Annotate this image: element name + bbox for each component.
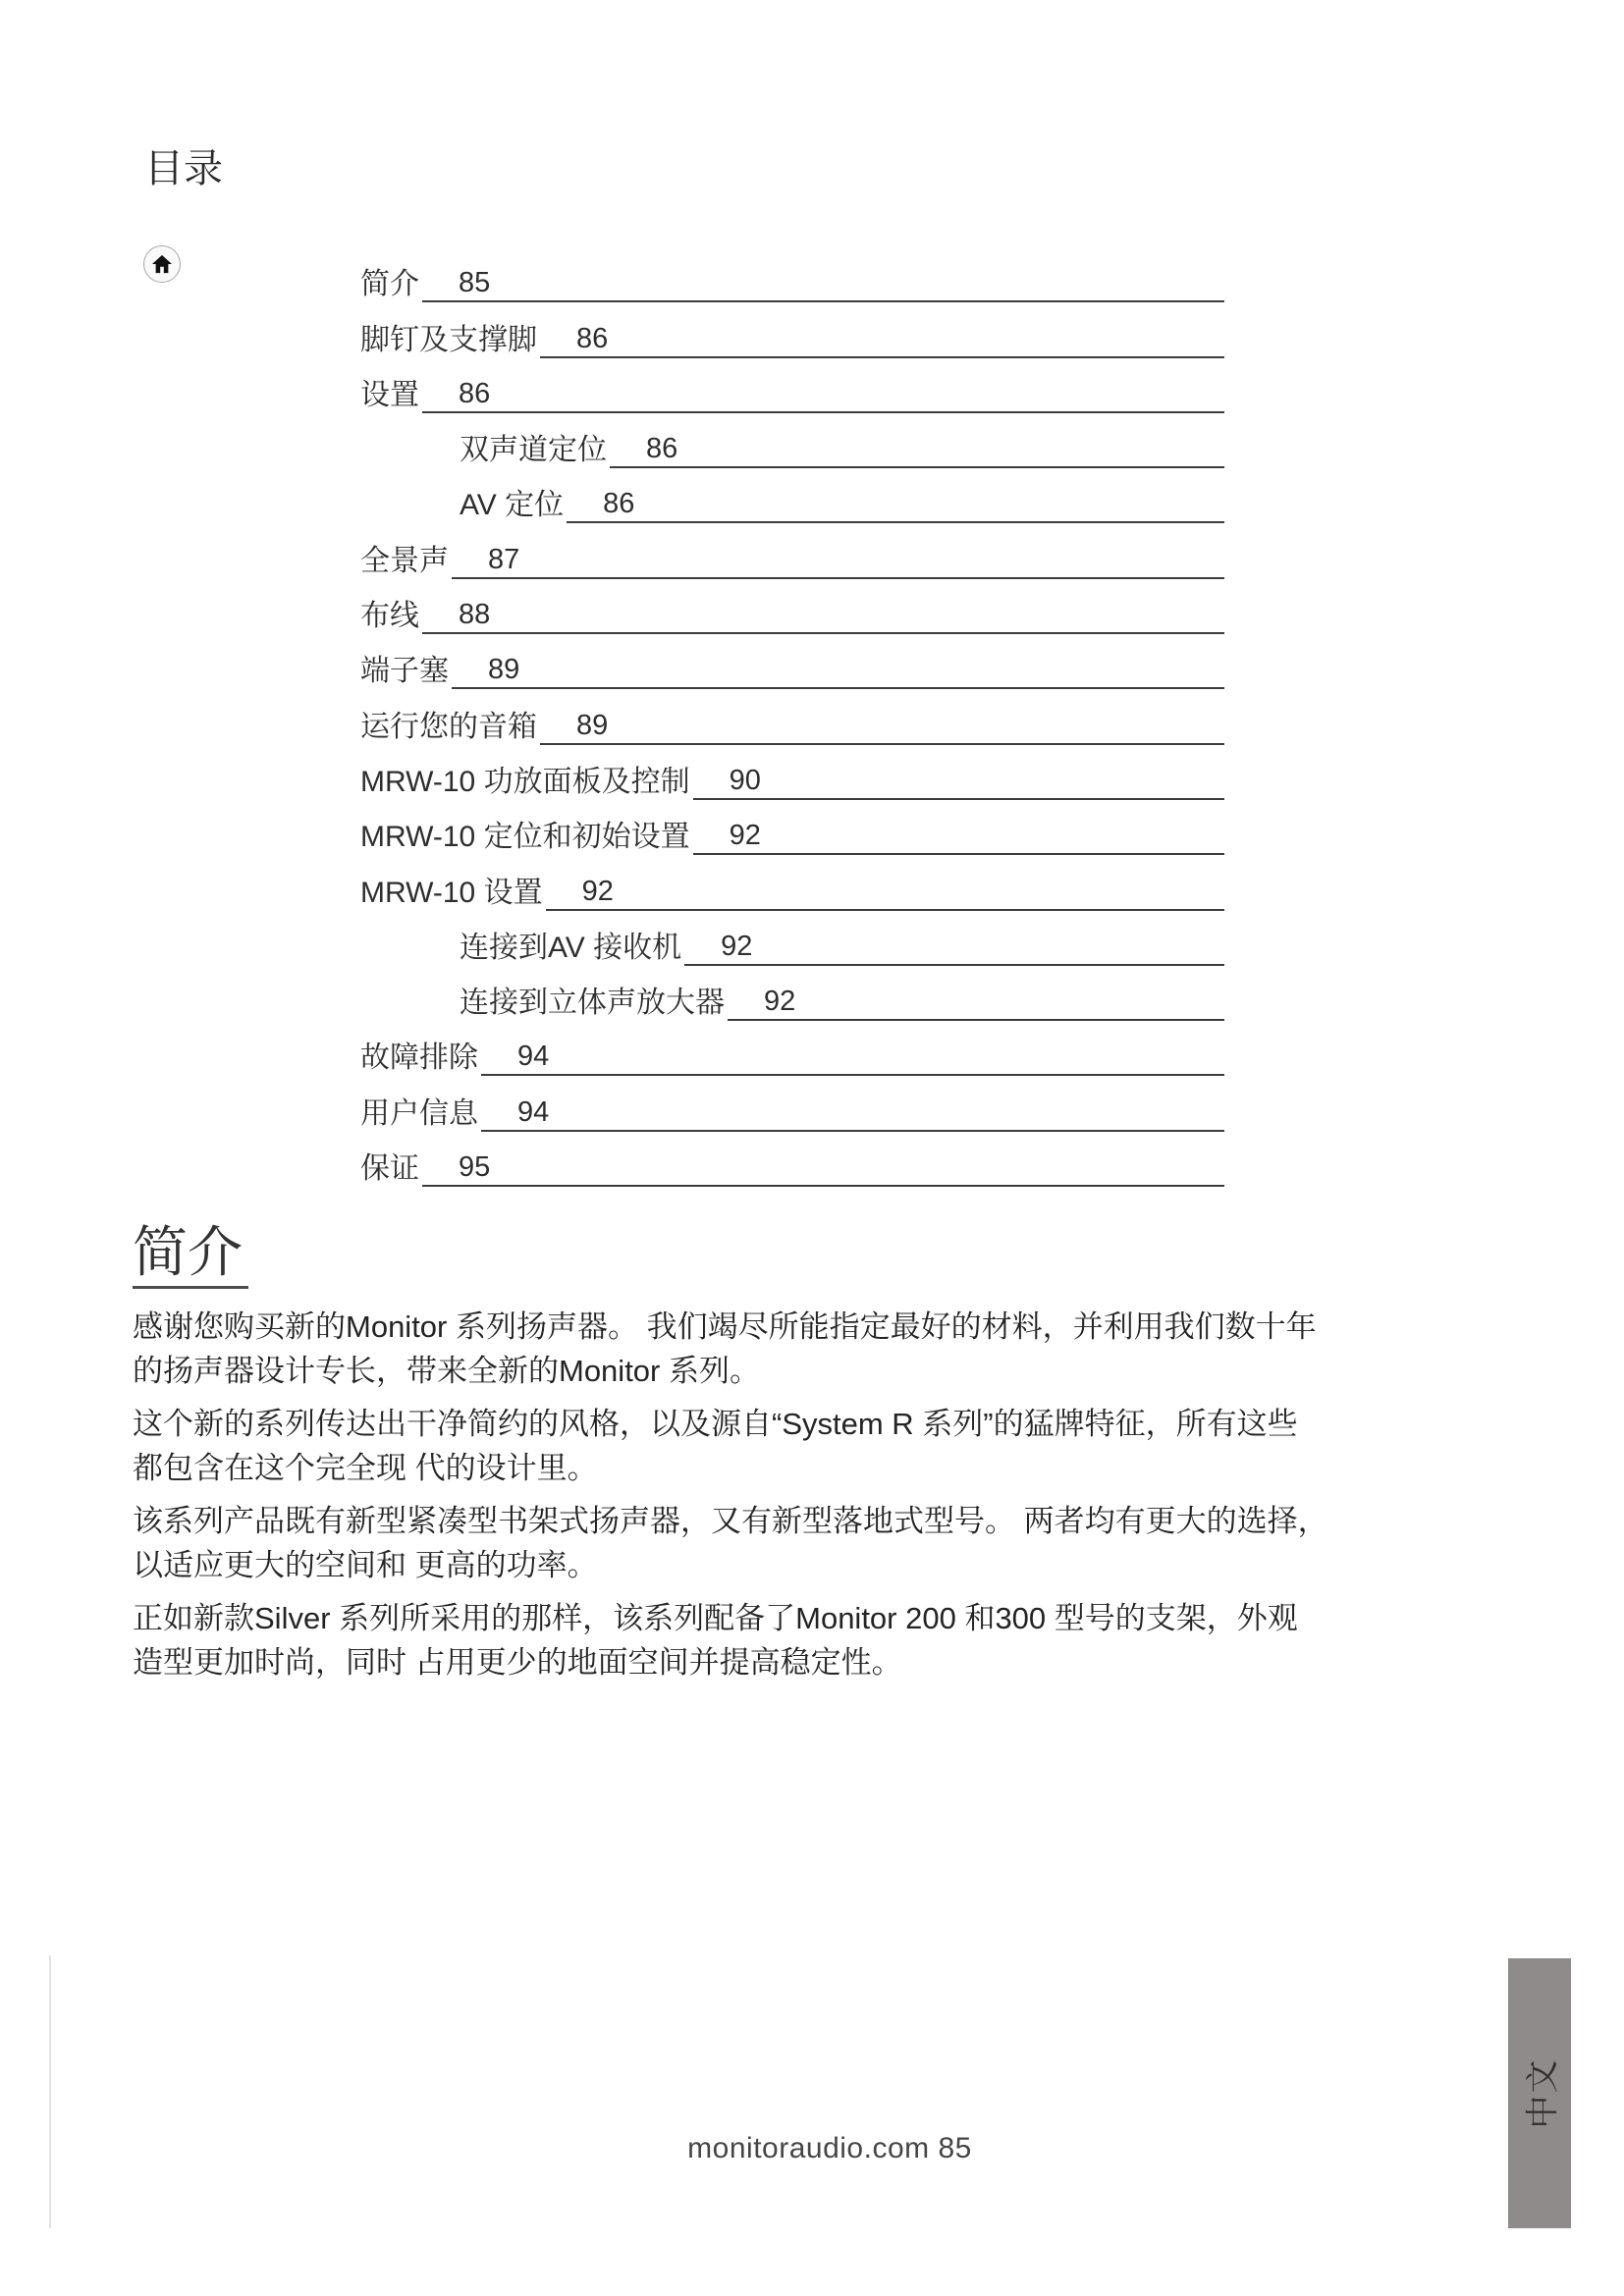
intro-paragraph: 感谢您购买新的Monitor 系列扬声器。 我们竭尽所能指定最好的材料，并利用我… xyxy=(133,1305,1499,1393)
toc-item-page: 94 xyxy=(517,1096,549,1128)
toc-row[interactable]: 故障排除 94 xyxy=(360,1021,1224,1076)
intro-paragraph: 该系列产品既有新型紧凑型书架式扬声器，又有新型落地式型号。 两者均有更大的选择，… xyxy=(133,1499,1499,1587)
toc-row[interactable]: 用户信息 94 xyxy=(360,1076,1224,1131)
toc-list: 简介 85 脚钉及支撑脚 86 设置 86 双声道定位 86 AV 定位 86 … xyxy=(360,247,1224,1187)
toc-item-rule: 89 xyxy=(540,712,1224,745)
toc-row[interactable]: 端子塞 89 xyxy=(360,634,1224,689)
toc-item-label: 全景声 xyxy=(360,547,452,579)
toc-row[interactable]: 保证 95 xyxy=(360,1132,1224,1187)
toc-item-rule: 89 xyxy=(452,656,1224,689)
toc-item-rule: 92 xyxy=(546,878,1224,911)
language-tab[interactable]: 中文 xyxy=(1508,1958,1571,2228)
toc-item-label: 设置 xyxy=(360,381,422,413)
toc-row[interactable]: 脚钉及支撑脚 86 xyxy=(360,302,1224,357)
home-icon xyxy=(151,254,173,274)
toc-item-label: AV 定位 xyxy=(460,491,567,523)
intro-paragraph: 这个新的系列传达出干净简约的风格，以及源自“System R 系列”的猛牌特征，… xyxy=(133,1402,1499,1490)
toc-row[interactable]: MRW-10 定位和初始设置 92 xyxy=(360,800,1224,855)
toc-item-rule: 94 xyxy=(481,1042,1224,1076)
toc-item-page: 92 xyxy=(764,986,795,1017)
toc-item-rule: 85 xyxy=(422,269,1224,302)
toc-item-label: 连接到AV 接收机 xyxy=(460,934,684,966)
toc-item-label: 简介 xyxy=(360,270,422,302)
page-title: 目录 xyxy=(144,145,223,192)
toc-item-rule: 86 xyxy=(540,325,1224,358)
toc-item-label: 双声道定位 xyxy=(460,436,610,468)
toc-item-label: 端子塞 xyxy=(360,657,452,689)
intro-paragraphs: 感谢您购买新的Monitor 系列扬声器。 我们竭尽所能指定最好的材料，并利用我… xyxy=(133,1305,1499,1684)
toc-item-rule: 86 xyxy=(567,490,1224,523)
toc-item-rule: 92 xyxy=(728,988,1224,1021)
toc-item-label: MRW-10 定位和初始设置 xyxy=(360,823,693,855)
toc-item-page: 92 xyxy=(730,820,761,851)
toc-item-page: 87 xyxy=(488,544,519,575)
toc-item-rule: 86 xyxy=(422,380,1224,413)
toc-row[interactable]: MRW-10 设置 92 xyxy=(360,855,1224,910)
toc-row[interactable]: AV 定位 86 xyxy=(360,468,1224,523)
toc-item-page: 86 xyxy=(646,433,677,464)
intro-section: 简介 感谢您购买新的Monitor 系列扬声器。 我们竭尽所能指定最好的材料，并… xyxy=(133,1221,1499,1693)
toc-item-rule: 95 xyxy=(422,1153,1224,1187)
toc-item-page: 89 xyxy=(488,654,519,685)
toc-item-page: 92 xyxy=(582,876,614,907)
document-page: 目录 简介 85 脚钉及支撑脚 86 设置 86 双声道定位 86 AV 定位 … xyxy=(0,0,1624,2296)
toc-item-rule: 90 xyxy=(693,767,1224,800)
toc-row[interactable]: 布线 88 xyxy=(360,579,1224,634)
toc-item-label: 用户信息 xyxy=(360,1099,481,1132)
toc-item-page: 88 xyxy=(459,599,490,630)
toc-item-label: 运行您的音箱 xyxy=(360,713,540,745)
toc-item-page: 86 xyxy=(576,323,608,354)
toc-item-rule: 92 xyxy=(684,933,1224,966)
language-tab-label: 中文 xyxy=(1516,2058,1564,2129)
toc-item-label: 布线 xyxy=(360,602,422,634)
toc-item-label: 故障排除 xyxy=(360,1043,481,1076)
toc-row[interactable]: MRW-10 功放面板及控制 90 xyxy=(360,745,1224,800)
toc-item-page: 86 xyxy=(603,488,634,519)
toc-row[interactable]: 连接到立体声放大器 92 xyxy=(360,966,1224,1021)
home-button[interactable] xyxy=(143,245,181,283)
toc-item-page: 89 xyxy=(576,710,608,741)
toc-item-rule: 87 xyxy=(452,546,1224,579)
toc-item-page: 92 xyxy=(721,931,752,962)
intro-paragraph: 正如新款Silver 系列所采用的那样，该系列配备了Monitor 200 和3… xyxy=(133,1596,1499,1684)
intro-heading: 简介 xyxy=(133,1221,248,1289)
toc-row[interactable]: 双声道定位 86 xyxy=(360,413,1224,468)
toc-row[interactable]: 设置 86 xyxy=(360,358,1224,413)
toc-item-label: 连接到立体声放大器 xyxy=(460,988,728,1021)
toc-item-page: 85 xyxy=(459,267,490,298)
toc-row[interactable]: 全景声 87 xyxy=(360,523,1224,578)
page-edge-line xyxy=(49,1955,51,2228)
toc-item-label: 脚钉及支撑脚 xyxy=(360,326,540,358)
toc-item-label: 保证 xyxy=(360,1154,422,1187)
toc-item-page: 90 xyxy=(730,765,761,796)
toc-item-rule: 92 xyxy=(693,822,1224,855)
toc-item-rule: 86 xyxy=(610,435,1224,468)
toc-item-rule: 88 xyxy=(422,601,1224,634)
toc-item-page: 94 xyxy=(517,1041,549,1072)
toc-item-page: 86 xyxy=(459,378,490,409)
toc-row[interactable]: 连接到AV 接收机 92 xyxy=(360,911,1224,966)
toc-item-label: MRW-10 设置 xyxy=(360,879,546,911)
toc-row[interactable]: 简介 85 xyxy=(360,247,1224,302)
toc-item-label: MRW-10 功放面板及控制 xyxy=(360,768,693,800)
toc-row[interactable]: 运行您的音箱 89 xyxy=(360,689,1224,744)
page-footer: monitoraudio.com 85 xyxy=(687,2132,972,2165)
toc-item-page: 95 xyxy=(459,1151,490,1183)
toc-item-rule: 94 xyxy=(481,1098,1224,1132)
